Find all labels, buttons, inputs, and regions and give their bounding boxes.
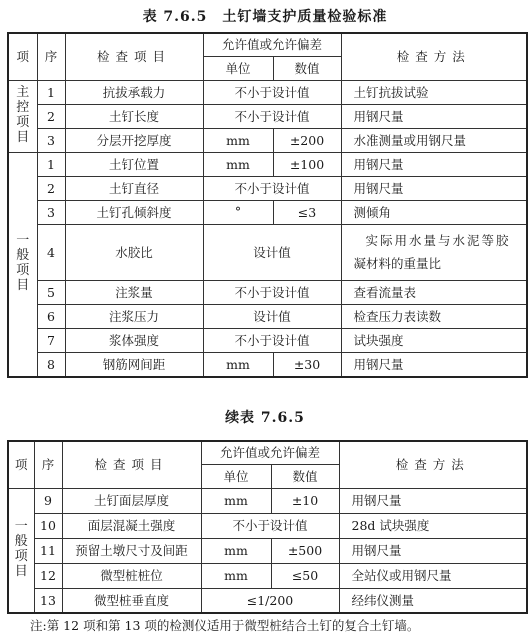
value-cell: ±10 bbox=[271, 488, 339, 513]
item-cell: 微型桩桩位 bbox=[62, 563, 201, 588]
header-check-item: 检查项目 bbox=[62, 441, 201, 488]
table-row: 5 注浆量 不小于设计值 查看流量表 bbox=[8, 281, 527, 305]
table-row: 2 土钉直径 不小于设计值 用钢尺量 bbox=[8, 176, 527, 200]
table-row: 4 水胶比 设计值 实际用水量与水泥等胶 凝材料的重量比 bbox=[8, 224, 527, 281]
item-cell: 面层混凝土强度 bbox=[62, 513, 201, 538]
seq-cell: 3 bbox=[37, 128, 65, 152]
unit-cell: ° bbox=[203, 200, 273, 224]
continued-inspection-table: 项 序 检查项目 允许值或允许偏差 检查方法 单位 数值 一般项目 9 土钉面层… bbox=[7, 440, 528, 614]
merged-cell: 不小于设计值 bbox=[203, 281, 341, 305]
table-row: 7 浆体强度 不小于设计值 试块强度 bbox=[8, 329, 527, 353]
seq-cell: 12 bbox=[34, 563, 62, 588]
header-item: 项 bbox=[8, 441, 34, 488]
header-value: 数值 bbox=[271, 464, 339, 488]
merged-cell: 不小于设计值 bbox=[203, 104, 341, 128]
value-cell: ≤3 bbox=[273, 200, 341, 224]
method-cell: 查看流量表 bbox=[341, 281, 527, 305]
seq-cell: 2 bbox=[37, 176, 65, 200]
item-cell: 分层开挖厚度 bbox=[65, 128, 203, 152]
method-cell: 检查压力表读数 bbox=[341, 305, 527, 329]
method-cell: 用钢尺量 bbox=[341, 353, 527, 377]
table-row: 11 预留土墩尺寸及间距 mm ±500 用钢尺量 bbox=[8, 538, 527, 563]
header-seq: 序 bbox=[34, 441, 62, 488]
method-cell: 土钉抗拔试验 bbox=[341, 80, 527, 104]
method-cell: 测倾角 bbox=[341, 200, 527, 224]
item-cell: 微型桩垂直度 bbox=[62, 588, 201, 613]
seq-cell: 1 bbox=[37, 152, 65, 176]
seq-cell: 4 bbox=[37, 224, 65, 281]
group-general-label: 一般项目 bbox=[8, 488, 34, 613]
method-line-1: 实际用水量与水泥等胶 bbox=[354, 229, 519, 253]
table-row: 8 钢筋网间距 mm ±30 用钢尺量 bbox=[8, 353, 527, 377]
method-cell: 实际用水量与水泥等胶 凝材料的重量比 bbox=[341, 224, 527, 281]
item-cell: 土钉长度 bbox=[65, 104, 203, 128]
header-item: 项 bbox=[8, 33, 37, 80]
item-cell: 钢筋网间距 bbox=[65, 353, 203, 377]
item-cell: 浆体强度 bbox=[65, 329, 203, 353]
merged-cell: ≤1/200 bbox=[201, 588, 339, 613]
method-cell: 用钢尺量 bbox=[341, 176, 527, 200]
table-row: 2 土钉长度 不小于设计值 用钢尺量 bbox=[8, 104, 527, 128]
item-cell: 水胶比 bbox=[65, 224, 203, 281]
value-cell: ±500 bbox=[271, 538, 339, 563]
header-unit: 单位 bbox=[201, 464, 271, 488]
seq-cell: 11 bbox=[34, 538, 62, 563]
method-cell: 用钢尺量 bbox=[339, 538, 527, 563]
method-cell: 试块强度 bbox=[341, 329, 527, 353]
method-cell: 用钢尺量 bbox=[341, 104, 527, 128]
value-cell: ±200 bbox=[273, 128, 341, 152]
item-cell: 土钉位置 bbox=[65, 152, 203, 176]
item-cell: 注浆量 bbox=[65, 281, 203, 305]
seq-cell: 7 bbox=[37, 329, 65, 353]
table-row: 12 微型桩桩位 mm ≤50 全站仪或用钢尺量 bbox=[8, 563, 527, 588]
table-row: 3 分层开挖厚度 mm ±200 水准测量或用钢尺量 bbox=[8, 128, 527, 152]
unit-cell: mm bbox=[203, 128, 273, 152]
header-unit: 单位 bbox=[203, 56, 273, 80]
seq-cell: 10 bbox=[34, 513, 62, 538]
item-cell: 预留土墩尺寸及间距 bbox=[62, 538, 201, 563]
quality-inspection-table: 项 序 检查项目 允许值或允许偏差 检查方法 单位 数值 主控项目 1 抗拔承载… bbox=[7, 32, 528, 378]
table-note: 注:第 12 项和第 13 项的检测仪适用于微型桩结合土钉的复合土钉墙。 bbox=[30, 616, 419, 634]
method-cell: 用钢尺量 bbox=[341, 152, 527, 176]
table-row: 3 土钉孔倾斜度 ° ≤3 测倾角 bbox=[8, 200, 527, 224]
header-allowance: 允许值或允许偏差 bbox=[203, 33, 341, 56]
seq-cell: 8 bbox=[37, 353, 65, 377]
item-cell: 土钉孔倾斜度 bbox=[65, 200, 203, 224]
merged-cell: 设计值 bbox=[203, 305, 341, 329]
item-cell: 注浆压力 bbox=[65, 305, 203, 329]
value-cell: ±30 bbox=[273, 353, 341, 377]
seq-cell: 5 bbox=[37, 281, 65, 305]
method-cell: 全站仪或用钢尺量 bbox=[339, 563, 527, 588]
unit-cell: mm bbox=[201, 538, 271, 563]
header-value: 数值 bbox=[273, 56, 341, 80]
table-row: 主控项目 1 抗拔承载力 不小于设计值 土钉抗拔试验 bbox=[8, 80, 527, 104]
value-cell: ±100 bbox=[273, 152, 341, 176]
seq-cell: 1 bbox=[37, 80, 65, 104]
header-allowance: 允许值或允许偏差 bbox=[201, 441, 339, 464]
header-seq: 序 bbox=[37, 33, 65, 80]
merged-cell: 不小于设计值 bbox=[201, 513, 339, 538]
table-row: 13 微型桩垂直度 ≤1/200 经纬仪测量 bbox=[8, 588, 527, 613]
unit-cell: mm bbox=[201, 488, 271, 513]
method-line-2: 凝材料的重量比 bbox=[354, 256, 442, 271]
method-cell: 28d 试块强度 bbox=[339, 513, 527, 538]
header-method: 检查方法 bbox=[339, 441, 527, 488]
method-cell: 用钢尺量 bbox=[339, 488, 527, 513]
unit-cell: mm bbox=[201, 563, 271, 588]
seq-cell: 6 bbox=[37, 305, 65, 329]
group-general-label: 一般项目 bbox=[8, 152, 37, 377]
group-main-label: 主控项目 bbox=[8, 80, 37, 152]
method-cell: 经纬仪测量 bbox=[339, 588, 527, 613]
merged-cell: 不小于设计值 bbox=[203, 329, 341, 353]
item-cell: 土钉面层厚度 bbox=[62, 488, 201, 513]
seq-cell: 2 bbox=[37, 104, 65, 128]
table-row: 一般项目 1 土钉位置 mm ±100 用钢尺量 bbox=[8, 152, 527, 176]
merged-cell: 不小于设计值 bbox=[203, 176, 341, 200]
seq-cell: 13 bbox=[34, 588, 62, 613]
item-cell: 土钉直径 bbox=[65, 176, 203, 200]
merged-cell: 设计值 bbox=[203, 224, 341, 281]
unit-cell: mm bbox=[203, 353, 273, 377]
item-cell: 抗拔承载力 bbox=[65, 80, 203, 104]
header-method: 检查方法 bbox=[341, 33, 527, 80]
table-row: 6 注浆压力 设计值 检查压力表读数 bbox=[8, 305, 527, 329]
method-cell: 水准测量或用钢尺量 bbox=[341, 128, 527, 152]
seq-cell: 3 bbox=[37, 200, 65, 224]
seq-cell: 9 bbox=[34, 488, 62, 513]
table-title: 表 7.6.5 土钉墙支护质量检验标准 bbox=[0, 6, 530, 26]
value-cell: ≤50 bbox=[271, 563, 339, 588]
table-row: 一般项目 9 土钉面层厚度 mm ±10 用钢尺量 bbox=[8, 488, 527, 513]
table-row: 10 面层混凝土强度 不小于设计值 28d 试块强度 bbox=[8, 513, 527, 538]
merged-cell: 不小于设计值 bbox=[203, 80, 341, 104]
header-check-item: 检查项目 bbox=[65, 33, 203, 80]
continued-table-title: 续表 7.6.5 bbox=[0, 407, 530, 427]
unit-cell: mm bbox=[203, 152, 273, 176]
